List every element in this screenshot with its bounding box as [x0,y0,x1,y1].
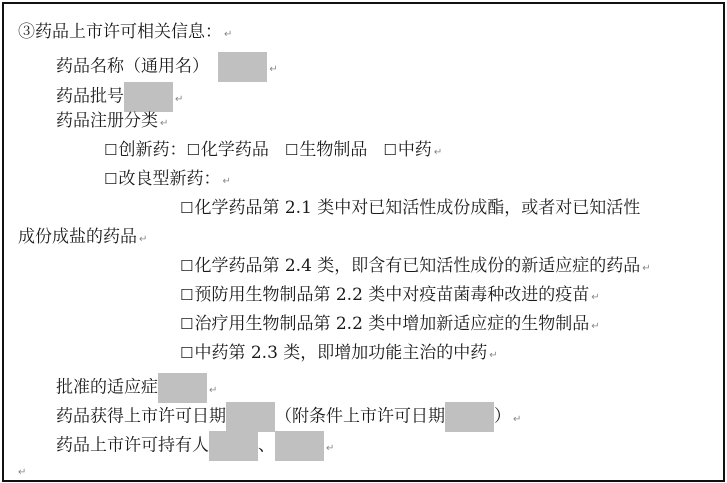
drug-name-row: 药品名称（通用名） ↵ [56,52,278,82]
approval-date-row: 药品获得上市许可日期（附条件上市许可日期）↵ [56,402,521,432]
checkbox-improved-1[interactable]: ☐ [180,199,193,217]
registration-class-row: 药品注册分类↵ [56,111,168,134]
checkbox-innovative[interactable]: ☐ [104,141,117,159]
holder-2-redacted [275,431,324,461]
approval-number-row: 药品批号↵ [56,82,183,112]
checkbox-improved-2[interactable]: ☐ [180,257,193,275]
improved-option-3: ☐预防用生物制品第 2.2 类中对疫苗菌毒种改进的疫苗↵ [180,285,600,308]
paragraph-mark-icon: ↵ [591,321,599,332]
checkbox-biological[interactable]: ☐ [285,141,298,159]
drug-name-redacted [218,52,267,82]
paragraph-mark-icon: ↵ [489,350,497,361]
paragraph-mark-icon: ↵ [139,234,147,245]
improved-option-2: ☐化学药品第 2.4 类，即含有已知活性成份的新适应症的药品↵ [180,256,651,279]
empty-paragraph: ↵ [16,460,26,483]
indication-row: 批准的适应症↵ [56,373,217,403]
paragraph-mark-icon: ↵ [160,118,168,129]
checkbox-improved[interactable]: ☐ [104,170,117,188]
innovative-drug-row: ☐创新药：☐化学药品☐生物制品☐中药↵ [104,140,442,163]
approval-number-redacted [124,82,173,112]
paragraph-mark-icon: ↵ [326,443,334,454]
paragraph-mark-icon: ↵ [224,29,232,40]
improved-option-1: ☐化学药品第 2.1 类中对已知活性成份成酯，或者对已知活性 [180,198,640,218]
checkbox-chemical[interactable]: ☐ [186,141,199,159]
paragraph-mark-icon: ↵ [18,467,26,478]
improved-option-4: ☐治疗用生物制品第 2.2 类中增加新适应症的生物制品↵ [180,314,600,337]
checkbox-tcm[interactable]: ☐ [383,141,396,159]
indication-redacted [158,373,207,403]
paragraph-mark-icon: ↵ [209,385,217,396]
checkbox-improved-4[interactable]: ☐ [180,315,193,333]
paragraph-mark-icon: ↵ [175,94,183,105]
holder-row: 药品上市许可持有人、↵ [56,431,334,461]
checkbox-improved-5[interactable]: ☐ [180,344,193,362]
holder-1-redacted [209,431,258,461]
improved-option-1-cont: 成份成盐的药品↵ [18,227,147,250]
conditional-date-redacted [445,402,494,432]
paragraph-mark-icon: ↵ [222,176,230,187]
approval-date-redacted [226,402,275,432]
paragraph-mark-icon: ↵ [513,414,521,425]
checkbox-improved-3[interactable]: ☐ [180,286,193,304]
improved-option-5: ☐中药第 2.3 类，即增加功能主治的中药↵ [180,343,498,366]
paragraph-mark-icon: ↵ [434,147,442,158]
improved-drug-row: ☐改良型新药：↵ [104,169,231,192]
paragraph-mark-icon: ↵ [591,292,599,303]
section-heading: ③药品上市许可相关信息：↵ [18,22,232,45]
paragraph-mark-icon: ↵ [642,263,650,274]
paragraph-mark-icon: ↵ [269,64,277,75]
